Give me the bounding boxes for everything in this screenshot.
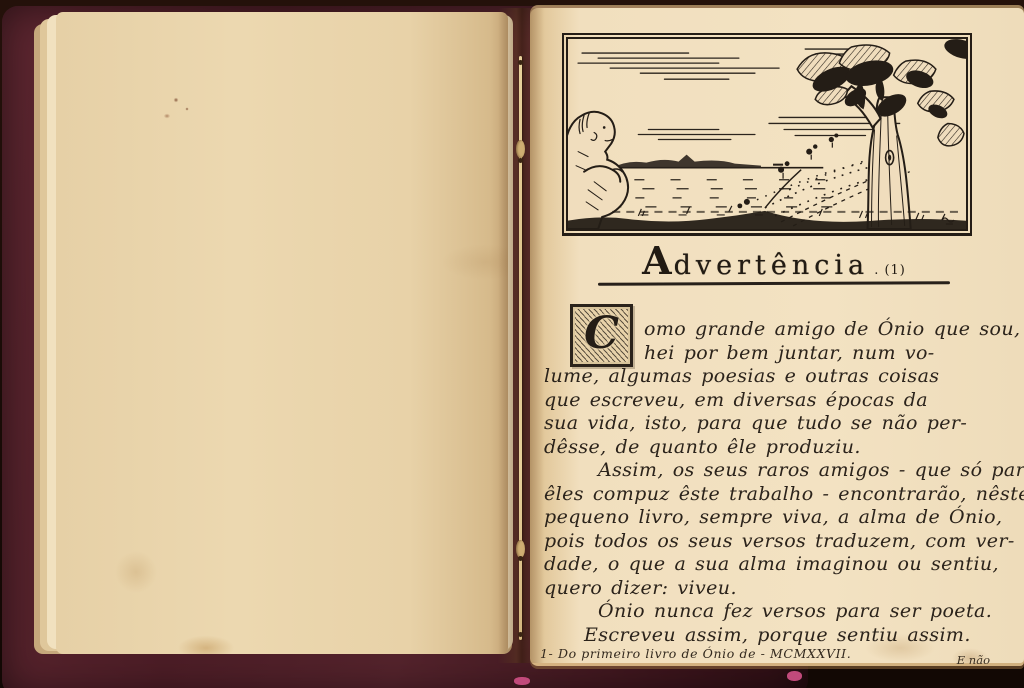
manuscript-line: hei por bem juntar, num vo- xyxy=(644,342,1018,366)
stitch-hole xyxy=(518,158,523,163)
ribbon-mark xyxy=(787,671,802,681)
manuscript-line: omo grande amigo de Ónio que sou, xyxy=(644,318,1018,342)
manuscript-line: sua vida, isto, para que tudo se não per… xyxy=(544,412,1018,436)
manuscript-line: pequeno livro, sempre viva, a alma de Ón… xyxy=(544,506,1018,530)
manuscript-text-block: omo grande amigo de Ónio que sou, hei po… xyxy=(544,318,1018,647)
manuscript-line: quero dizer: viveu. xyxy=(544,577,1018,601)
sea-waves xyxy=(598,180,837,215)
title-initial: A xyxy=(642,238,673,283)
manuscript-line: que escreveu, em diversas épocas da xyxy=(544,389,1018,413)
manuscript-line: Escreveu assim, porque sentiu assim. xyxy=(584,624,1018,648)
right-page: Advertência . (1) C omo grande amigo de … xyxy=(530,8,1024,663)
stitch-hole xyxy=(518,632,523,637)
thread-knot xyxy=(516,140,525,158)
manuscript-line: Ónio nunca fez versos para ser poeta. xyxy=(598,600,1018,624)
ribbon-mark xyxy=(514,677,530,685)
stitch-hole xyxy=(518,556,523,561)
seaside-illustration xyxy=(562,33,972,236)
catchword: E não xyxy=(957,653,990,667)
manuscript-line: Assim, os seus raros amigos - que só par… xyxy=(598,459,1018,483)
manuscript-line: dêsse, de quanto êle produziu. xyxy=(544,436,1018,460)
title-rest: dvertência xyxy=(674,250,870,281)
illustration-frame xyxy=(566,37,968,231)
open-book-photo: Advertência . (1) C omo grande amigo de … xyxy=(0,0,1024,688)
manuscript-line: dade, o que a sua alma imaginou ou senti… xyxy=(544,553,1018,577)
left-blank-page xyxy=(56,12,508,654)
page-footnote: 1- Do primeiro livro de Ónio de - MCMXXV… xyxy=(540,646,851,661)
seaside-sketch-svg xyxy=(568,39,966,229)
manuscript-line: lume, algumas poesias e outras coisas xyxy=(544,365,1018,389)
tree xyxy=(797,39,966,229)
manuscript-line: pois todos os seus versos traduzem, com … xyxy=(544,530,1018,554)
title-underline xyxy=(598,281,950,286)
advertencia-title: Advertência . (1) xyxy=(598,238,950,283)
manuscript-line: êles compuz êste trabalho - encontrarão,… xyxy=(544,483,1018,507)
distant-headland xyxy=(612,155,761,168)
stitch-hole xyxy=(518,60,523,65)
title-footnote-ref: . (1) xyxy=(874,263,906,278)
